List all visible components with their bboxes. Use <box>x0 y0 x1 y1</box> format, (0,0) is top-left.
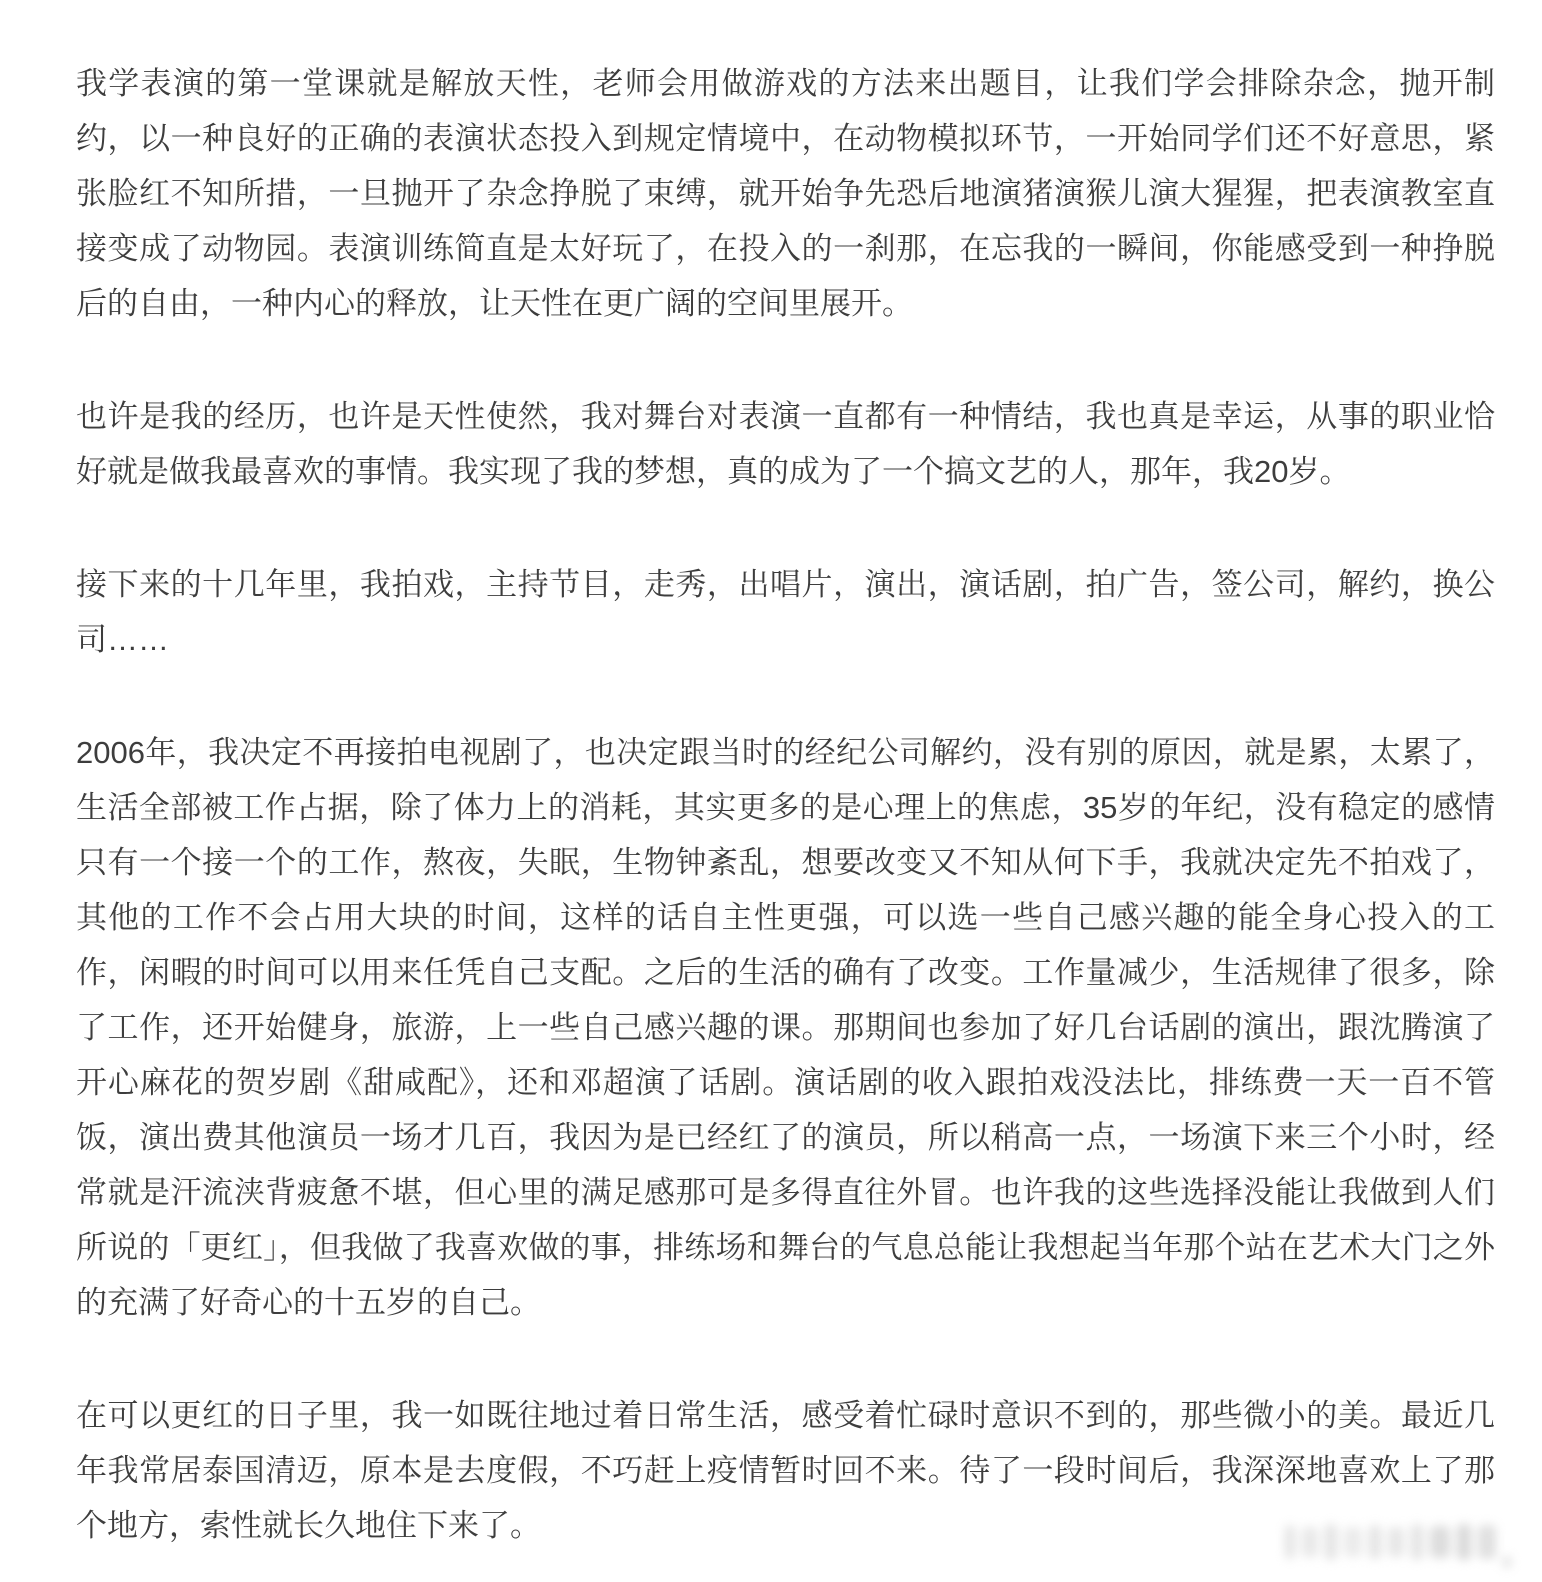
paragraph-acting-class: 我学表演的第一堂课就是解放天性，老师会用做游戏的方法来出题目，让我们学会排除杂念… <box>76 56 1495 331</box>
article-body: 我学表演的第一堂课就是解放天性，老师会用做游戏的方法来出题目，让我们学会排除杂念… <box>0 0 1542 1553</box>
paragraph-dream-at-20: 也许是我的经历，也许是天性使然，我对舞台对表演一直都有一种情结，我也真是幸运，从… <box>76 389 1495 499</box>
paragraph-2006-decision: 2006年，我决定不再接拍电视剧了，也决定跟当时的经纪公司解约，没有别的原因，就… <box>76 725 1495 1330</box>
paragraph-chiangmai-life: 在可以更红的日子里，我一如既往地过着日常生活，感受着忙碌时意识不到的，那些微小的… <box>76 1388 1495 1553</box>
screenshot-page: { "page": { "background": "#ffffff", "te… <box>0 0 1542 1582</box>
paragraph-career-list: 接下来的十几年里，我拍戏，主持节目，走秀，出唱片，演出，演话剧，拍广告，签公司，… <box>76 557 1495 667</box>
